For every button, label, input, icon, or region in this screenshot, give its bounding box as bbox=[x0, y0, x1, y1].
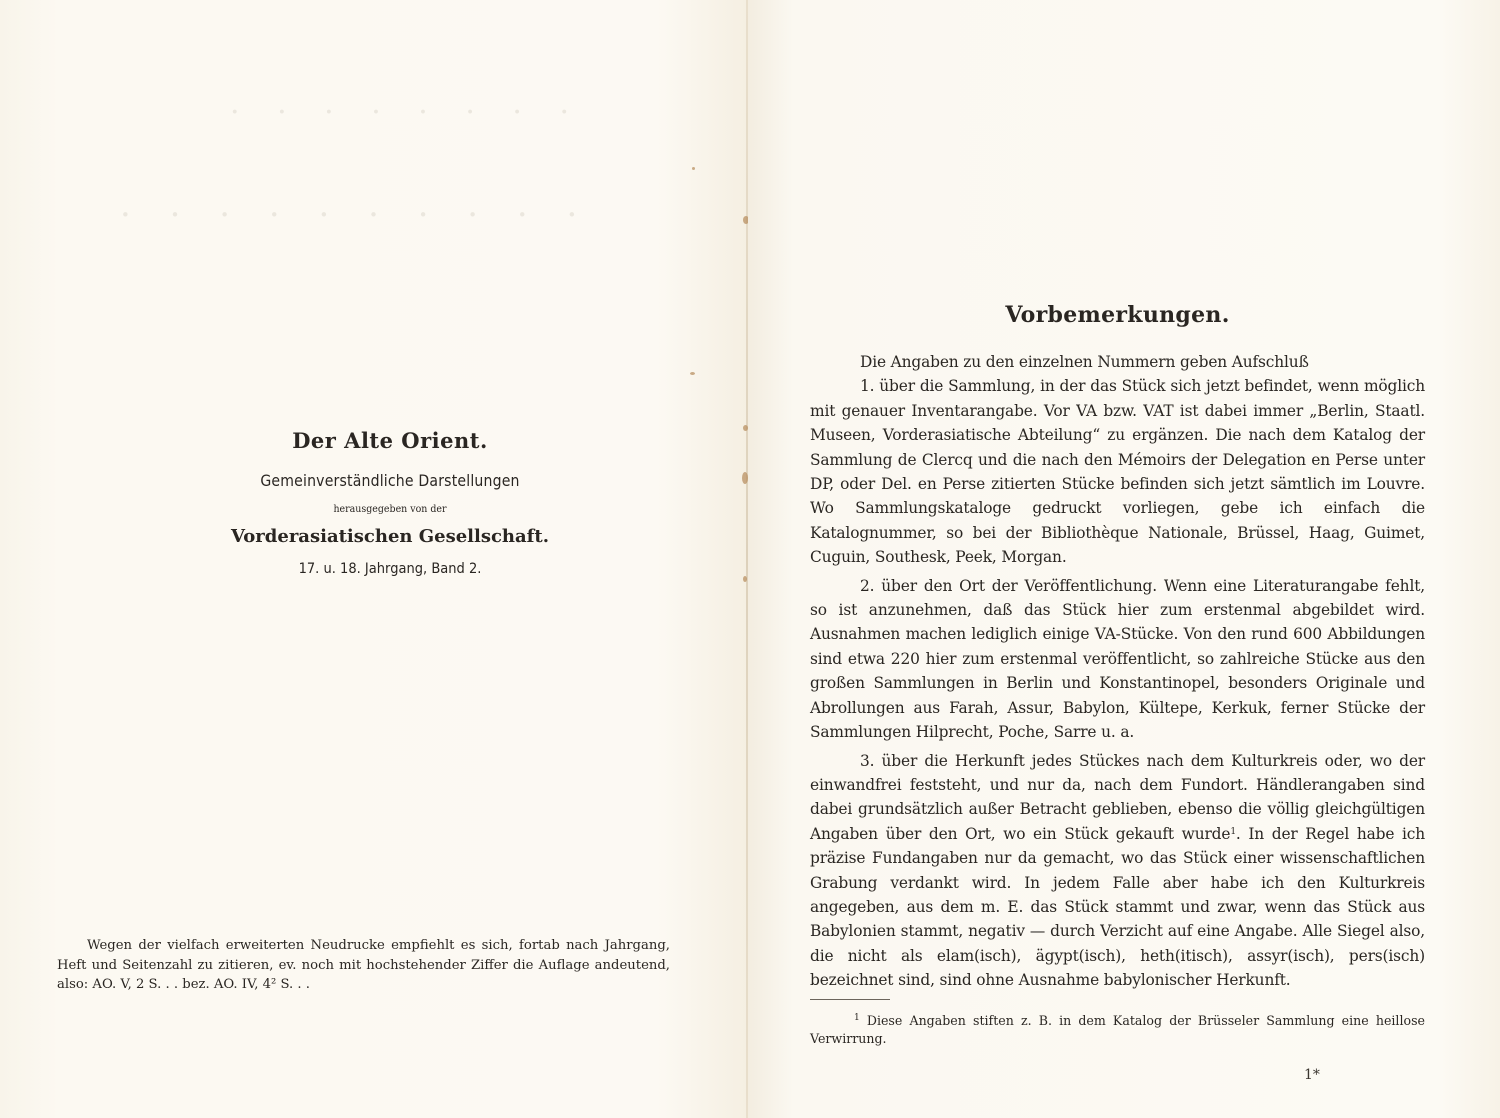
series-title: Der Alte Orient. bbox=[190, 428, 590, 453]
footnote: 1 Diese Angaben stiften z. B. in dem Kat… bbox=[810, 1012, 1425, 1048]
series-subtitle: Gemeinverständliche Darstellungen bbox=[214, 471, 566, 490]
paragraph-text-continued: . In der Regel habe ich präzise Fundanga… bbox=[810, 825, 1425, 989]
paragraph-number: 2. bbox=[860, 577, 874, 595]
series-editor-lead: herausgegeben von der bbox=[210, 503, 570, 515]
paragraph-number: 1. bbox=[860, 377, 874, 395]
body-text: Die Angaben zu den einzelnen Nummern geb… bbox=[810, 350, 1425, 997]
paragraph-text: über die Sammlung, in der das Stück sich… bbox=[810, 377, 1425, 566]
signature-mark: 1* bbox=[1304, 1067, 1320, 1083]
book-spread: · · · · · · · · · · · · · · · · · · Der … bbox=[0, 0, 1500, 1118]
paper-foxing-spot bbox=[692, 167, 695, 170]
show-through-ghost-text: · · · · · · · · · · bbox=[120, 195, 591, 235]
intro-paragraph: Die Angaben zu den einzelnen Nummern geb… bbox=[810, 350, 1425, 374]
footnote-marker: 1 bbox=[854, 1013, 860, 1023]
paper-foxing-spot bbox=[690, 372, 695, 375]
series-editor: Vorderasiatischen Gesellschaft. bbox=[190, 526, 590, 547]
citation-note-text: Wegen der vielfach erweiterten Neudrucke… bbox=[57, 938, 670, 992]
series-imprint: Der Alte Orient. Gemeinverständliche Dar… bbox=[190, 428, 590, 577]
paragraph-3: 3. über die Herkunft jedes Stückes nach … bbox=[810, 749, 1425, 993]
left-page: · · · · · · · · · · · · · · · · · · Der … bbox=[0, 0, 747, 1118]
footnote-text: Diese Angaben stiften z. B. in dem Katal… bbox=[810, 1013, 1425, 1046]
paragraph-text: über den Ort der Veröffentlichung. Wenn … bbox=[810, 577, 1425, 741]
section-heading: Vorbemerkungen. bbox=[810, 302, 1425, 328]
paragraph-1: 1. über die Sammlung, in der das Stück s… bbox=[810, 374, 1425, 569]
paragraph-number: 3. bbox=[860, 752, 874, 770]
footnote-divider bbox=[810, 999, 890, 1000]
paper-foxing-spot bbox=[743, 576, 747, 582]
show-through-ghost-text: · · · · · · · · bbox=[230, 95, 583, 130]
paragraph-2: 2. über den Ort der Veröffentlichung. We… bbox=[810, 574, 1425, 745]
citation-note: Wegen der vielfach erweiterten Neudrucke… bbox=[57, 936, 670, 995]
series-volume: 17. u. 18. Jahrgang, Band 2. bbox=[210, 561, 570, 577]
